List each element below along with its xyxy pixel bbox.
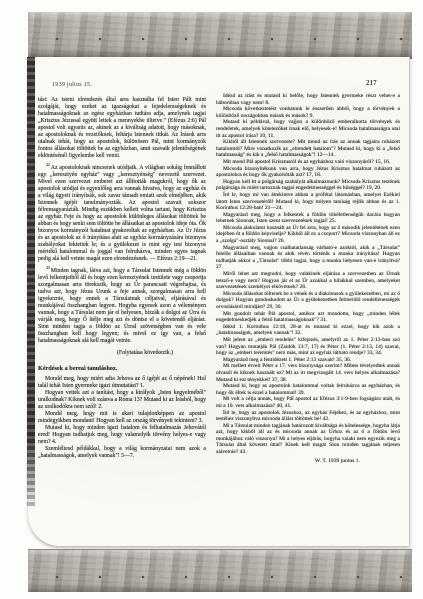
- questions-right-list: Idézd az írást és mutasd ki belőle, hogy…: [216, 93, 400, 456]
- right-column: Idézd az írást és mutasd ki belőle, hogy…: [216, 93, 400, 464]
- study-question: Idézd az írást és mutasd ki belőle, hogy…: [216, 93, 400, 106]
- article-paragraphs: tást: Az isteni elrendezés által arra ha…: [38, 97, 206, 345]
- study-question: Mi mellett érvelt Péter a 17. vers bizon…: [216, 363, 400, 383]
- scan-artifact-bottom-band: [28, 549, 412, 592]
- study-question: Mi volt a célja annak, hogy Pál apostol …: [216, 396, 400, 409]
- study-question: Írd le, hogy az apostolok Jézushoz, az e…: [216, 410, 400, 423]
- paragraph-text: tást: Az isteni elrendezés által arra ha…: [38, 97, 206, 159]
- questions-heading: Kérdések a bereai tanuláshoz.: [38, 365, 206, 372]
- study-question: Micsoda állásokat töltenek be a vének és…: [216, 291, 400, 311]
- study-question: Mit mond Pál apostol Krisztusról és az e…: [216, 159, 400, 166]
- study-question: Mit jelent az „emberi rendelés" kifejezé…: [216, 337, 400, 357]
- study-question: Írd le, hogy mi van áttekintve abban a p…: [216, 192, 400, 212]
- paragraph-text: Az apostoloknak nincsenek utódjaik. A vi…: [38, 165, 206, 262]
- article-paragraph: 43Minden tagnak, látva azt, hogy a Társu…: [38, 268, 206, 345]
- study-question: Mutasd ki, hogy minden igazi hatalom és …: [38, 425, 206, 446]
- study-question: Hogyan kell itt a polgárság szabályát al…: [216, 179, 400, 192]
- study-question: Hogyan vették azt a tanítást, hogy a kir…: [38, 390, 206, 411]
- study-question: Kikből áll Istennek szervezete? Mit mond…: [216, 139, 400, 159]
- left-column: tást: Az isteni elrendezés által arra ha…: [38, 97, 206, 460]
- study-question: Mi a Társulat minden tagjának határozott…: [216, 423, 400, 456]
- scanned-magazine-page: 1939 julius 15. 217 tást: Az isteni elre…: [0, 0, 423, 599]
- study-question: Mutasd ki példával, hogy vajjon a különb…: [216, 119, 400, 139]
- study-question: Mutasd ki, hogy az apostolok hatalommal …: [216, 383, 400, 396]
- source-signature: W. T. 1939 junius 1.: [216, 458, 400, 465]
- binding-shadow: [27, 57, 35, 509]
- scan-artifact-top-band: [28, 12, 412, 59]
- study-question: Szemléltesd példákkal, hogy a világ korm…: [38, 446, 206, 460]
- study-question: Magyarázd meg, hogy a felkentek a földön…: [216, 212, 400, 225]
- study-question: Micsoda bizonyítékunk van arra, hogy Jéz…: [216, 166, 400, 179]
- issue-date: 1939 julius 15.: [52, 81, 92, 88]
- paragraph-number: 42: [46, 163, 50, 167]
- magazine-page: 1939 julius 15. 217 tást: Az isteni elre…: [28, 57, 410, 546]
- study-question: Magyarázd meg, vajjon csalhatatlanság vá…: [216, 245, 400, 271]
- page-number: 217: [366, 80, 377, 87]
- questions-left-list: Mondd meg, hogy miért adta Jehova az ő i…: [38, 376, 206, 460]
- study-question: Mondd meg, hogy mit is akart tulajdonkép…: [38, 411, 206, 425]
- study-question: Mit gondolt tehát Pál apostol, amikor az…: [216, 311, 400, 324]
- paragraph-text: Minden tagnak, látva azt, hogy a Társula…: [38, 268, 206, 344]
- article-paragraph: 42Az apostoloknak nincsenek utódjaik. A …: [38, 165, 206, 263]
- study-question: Idézd 1. Korinthus 12:18, 28-at és mutas…: [216, 324, 400, 337]
- article-paragraph: tást: Az isteni elrendezés által arra ha…: [38, 97, 206, 160]
- continuation-note: (Folytatása következik.): [38, 350, 206, 357]
- study-question: Micsoda alakulatot használt az Úr fel ar…: [216, 225, 400, 245]
- paragraph-number: 43: [46, 266, 50, 270]
- study-question: Mondd meg, hogy miért adta Jehova az ő i…: [38, 376, 206, 390]
- study-question: Micsoda következtetést vonhatunk le éssz…: [216, 106, 400, 119]
- study-question: Miről lehet azt megtudni, hogy valakinek…: [216, 271, 400, 291]
